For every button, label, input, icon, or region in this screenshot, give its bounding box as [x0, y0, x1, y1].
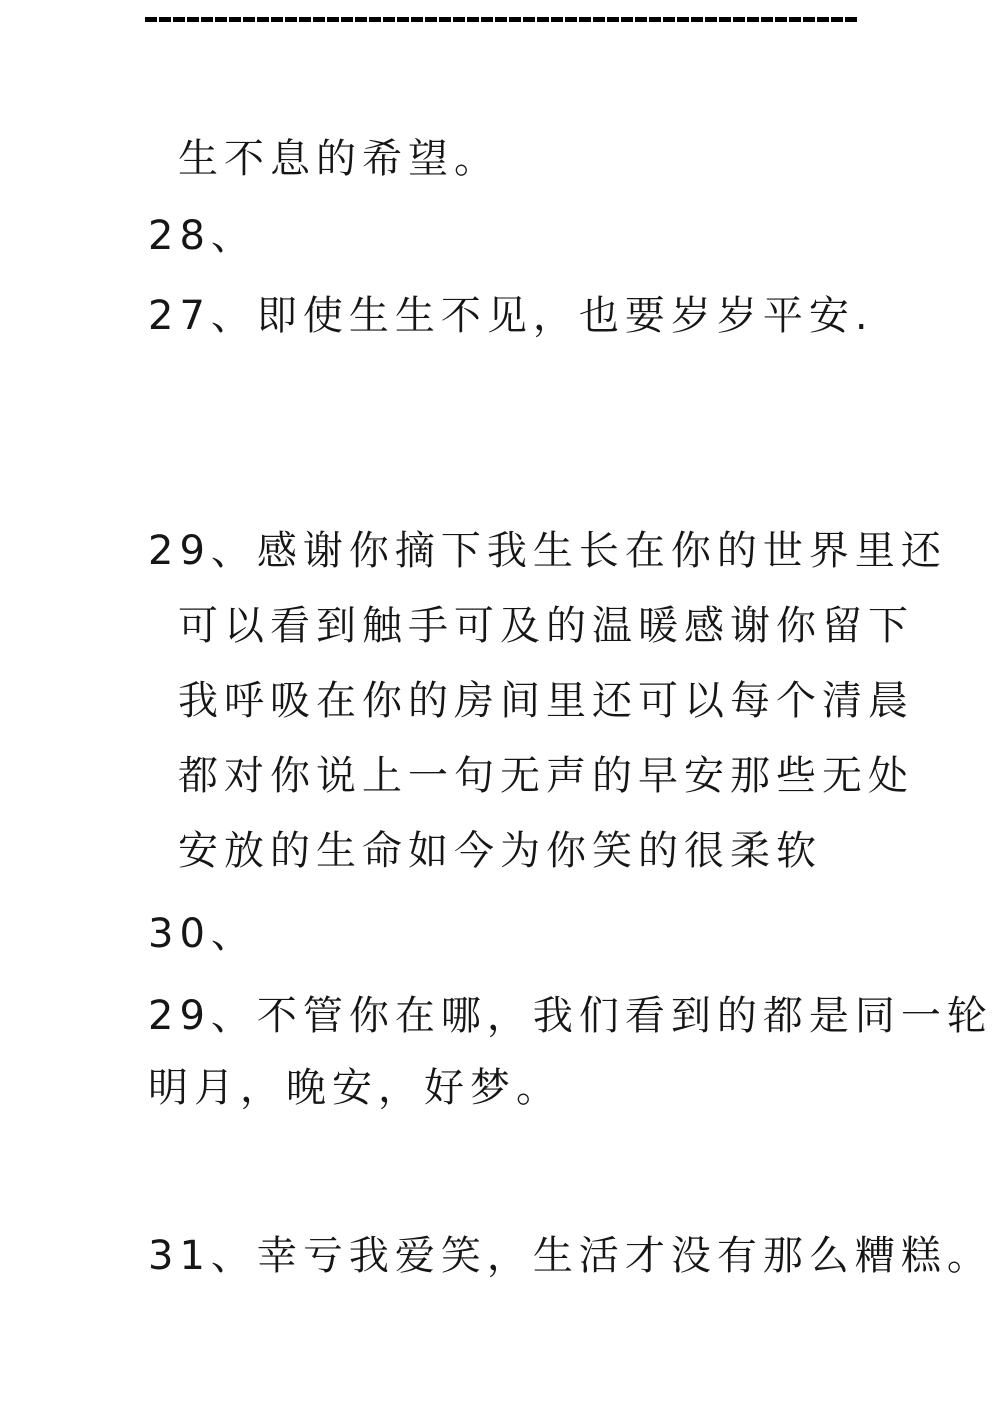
- text-line: 明月，晚安，好梦。: [148, 1062, 562, 1114]
- text-line: 生不息的希望。: [178, 133, 500, 185]
- text-line: 安放的生命如今为你笑的很柔软: [178, 825, 822, 877]
- text-line: 我呼吸在你的房间里还可以每个清晨: [178, 675, 914, 727]
- text-line: 28、: [148, 210, 257, 262]
- text-line: 30、: [148, 908, 257, 960]
- text-line: 29、不管你在哪，我们看到的都是同一轮: [148, 990, 992, 1042]
- text-line: 31、幸亏我爱笑，生活才没有那么糟糕。: [148, 1230, 992, 1282]
- text-line: 可以看到触手可及的温暖感谢你留下: [178, 600, 914, 652]
- divider-line: [145, 17, 857, 22]
- text-line: 27、即使生生不见，也要岁岁平安.: [148, 290, 874, 342]
- text-line: 29、感谢你摘下我生长在你的世界里还: [148, 525, 947, 577]
- text-line: 都对你说上一句无声的早安那些无处: [178, 750, 914, 802]
- document-page: 生不息的希望。 28、 27、即使生生不见，也要岁岁平安. 29、感谢你摘下我生…: [0, 0, 992, 1403]
